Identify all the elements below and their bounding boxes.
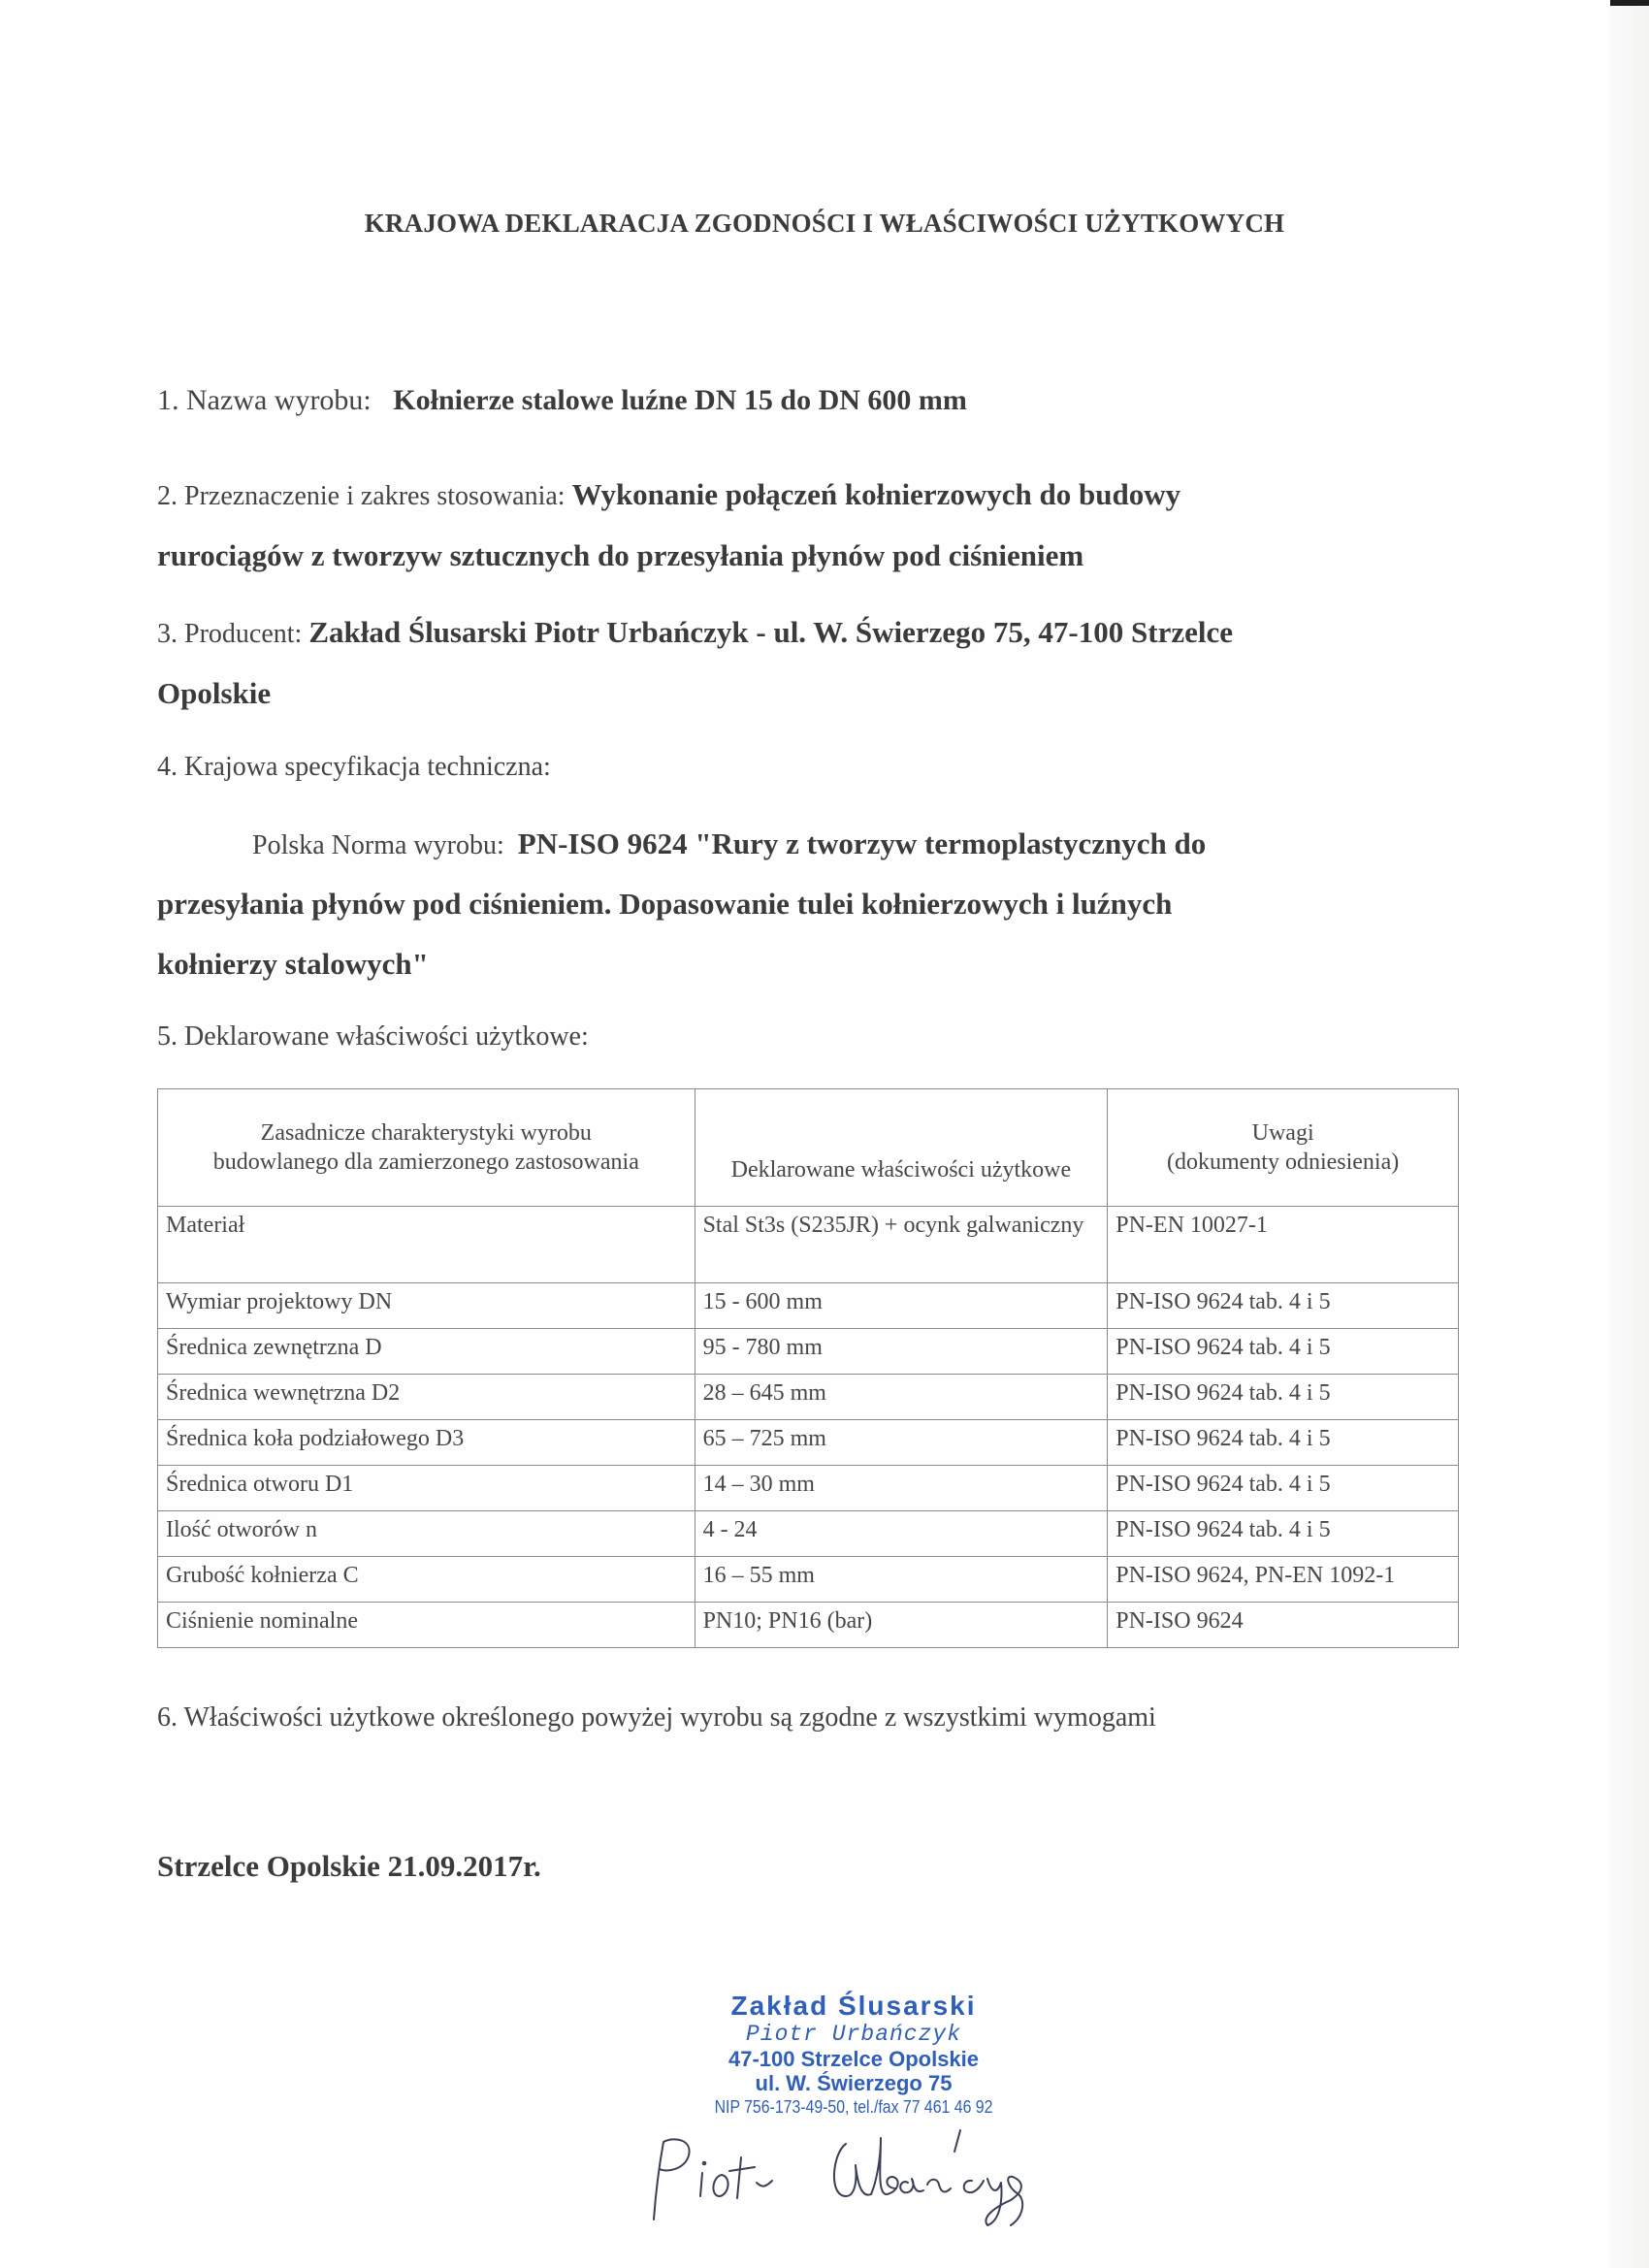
cell-reference: PN-EN 10027-1 — [1108, 1207, 1459, 1283]
cell-reference: PN-ISO 9624 tab. 4 i 5 — [1108, 1511, 1459, 1557]
cell-reference: PN-ISO 9624 tab. 4 i 5 — [1108, 1375, 1459, 1420]
table-body: MateriałStal St3s (S235JR) + ocynk galwa… — [158, 1207, 1459, 1648]
scan-corner — [1610, 0, 1649, 6]
header-remarks: Uwagi (dokumenty odniesienia) — [1108, 1089, 1459, 1207]
header-characteristics-line2: budowlanego dla zamierzonego zastosowani… — [166, 1148, 687, 1177]
header-remarks-line2: (dokumenty odniesienia) — [1115, 1148, 1450, 1177]
stamp-line1: Zakład Ślusarski — [543, 1991, 1164, 2022]
handwritten-signature — [621, 2124, 1125, 2231]
cell-characteristic: Średnica zewnętrzna D — [158, 1329, 695, 1375]
norm-line3: kołnierzy stalowych" — [157, 947, 429, 982]
cell-reference: PN-ISO 9624 tab. 4 i 5 — [1108, 1329, 1459, 1375]
norm-line1: PN-ISO 9624 "Rury z tworzyw termoplastyc… — [518, 826, 1206, 860]
cell-characteristic: Ciśnienie nominalne — [158, 1603, 695, 1648]
table-row: Wymiar projektowy DN15 - 600 mmPN-ISO 96… — [158, 1283, 1459, 1329]
section-6-text: 6. Właściwości użytkowe określonego powy… — [157, 1702, 1156, 1733]
cell-reference: PN-ISO 9624 tab. 4 i 5 — [1108, 1466, 1459, 1511]
section-3: 3. Producent: Zakład Ślusarski Piotr Urb… — [157, 615, 1233, 650]
product-name: Kołnierze stalowe luźne DN 15 do DN 600 … — [393, 384, 967, 416]
cell-performance: 28 – 645 mm — [695, 1375, 1108, 1420]
stamp-line3: 47-100 Strzelce Opolskie — [543, 2047, 1164, 2071]
header-characteristics: Zasadnicze charakterystyki wyrobu budowl… — [158, 1089, 695, 1207]
table-row: Średnica koła podziałowego D365 – 725 mm… — [158, 1420, 1459, 1466]
cell-characteristic: Średnica wewnętrzna D2 — [158, 1375, 695, 1420]
intended-use-line2: rurociągów z tworzyw sztucznych do przes… — [157, 538, 1083, 573]
table-row: MateriałStal St3s (S235JR) + ocynk galwa… — [158, 1207, 1459, 1283]
section-3-label: 3. Producent: — [157, 619, 302, 649]
header-performance: Deklarowane właściwości użytkowe — [695, 1089, 1108, 1207]
norm-label: Polska Norma wyrobu: — [252, 830, 504, 860]
properties-table: Zasadnicze charakterystyki wyrobu budowl… — [157, 1088, 1459, 1648]
cell-performance: 16 – 55 mm — [695, 1557, 1108, 1603]
cell-performance: 4 - 24 — [695, 1511, 1108, 1557]
cell-characteristic: Grubość kołnierza C — [158, 1557, 695, 1603]
section-2: 2. Przeznaczenie i zakres stosowania: Wy… — [157, 477, 1180, 512]
stamp-line4: ul. W. Świerzego 75 — [543, 2071, 1164, 2095]
table-header-row: Zasadnicze charakterystyki wyrobu budowl… — [158, 1089, 1459, 1207]
cell-characteristic: Wymiar projektowy DN — [158, 1283, 695, 1329]
section-1-label: 1. Nazwa wyrobu: — [157, 384, 372, 416]
norm-line2: przesyłania płynów pod ciśnieniem. Dopas… — [157, 887, 1172, 922]
header-remarks-line1: Uwagi — [1115, 1118, 1450, 1148]
cell-performance: 95 - 780 mm — [695, 1329, 1108, 1375]
norm: Polska Norma wyrobu: PN-ISO 9624 "Rury z… — [252, 826, 1206, 861]
table-row: Grubość kołnierza C16 – 55 mmPN-ISO 9624… — [158, 1557, 1459, 1603]
cell-characteristic: Średnica koła podziałowego D3 — [158, 1420, 695, 1466]
place-date: Strzelce Opolskie 21.09.2017r. — [157, 1849, 541, 1884]
table-row: Średnica zewnętrzna D95 - 780 mmPN-ISO 9… — [158, 1329, 1459, 1375]
stamp-line5: NIP 756-173-49-50, tel./fax 77 461 46 92 — [580, 2095, 1126, 2119]
cell-performance: PN10; PN16 (bar) — [695, 1603, 1108, 1648]
cell-characteristic: Ilość otworów n — [158, 1511, 695, 1557]
producent-line2: Opolskie — [157, 676, 271, 711]
section-4-label: 4. Krajowa specyfikacja techniczna: — [157, 752, 551, 783]
table-row: Średnica wewnętrzna D228 – 645 mmPN-ISO … — [158, 1375, 1459, 1420]
intended-use-line1: Wykonanie połączeń kołnierzowych do budo… — [572, 477, 1181, 511]
cell-performance: 14 – 30 mm — [695, 1466, 1108, 1511]
cell-reference: PN-ISO 9624 tab. 4 i 5 — [1108, 1283, 1459, 1329]
cell-reference: PN-ISO 9624 — [1108, 1603, 1459, 1648]
cell-characteristic: Materiał — [158, 1207, 695, 1283]
cell-reference: PN-ISO 9624 tab. 4 i 5 — [1108, 1420, 1459, 1466]
header-characteristics-line1: Zasadnicze charakterystyki wyrobu — [166, 1118, 687, 1148]
section-2-label: 2. Przeznaczenie i zakres stosowania: — [157, 481, 566, 511]
cell-reference: PN-ISO 9624, PN-EN 1092-1 — [1108, 1557, 1459, 1603]
table-row: Średnica otworu D114 – 30 mmPN-ISO 9624 … — [158, 1466, 1459, 1511]
cell-performance: Stal St3s (S235JR) + ocynk galwaniczny — [695, 1207, 1108, 1283]
section-5-label: 5. Deklarowane właściwości użytkowe: — [157, 1021, 589, 1053]
company-stamp: Zakład Ślusarski Piotr Urbańczyk 47-100 … — [543, 1991, 1164, 2119]
cell-characteristic: Średnica otworu D1 — [158, 1466, 695, 1511]
table-row: Ilość otworów n4 - 24PN-ISO 9624 tab. 4 … — [158, 1511, 1459, 1557]
stamp-line2: Piotr Urbańczyk — [543, 2022, 1164, 2047]
document-title: KRAJOWA DEKLARACJA ZGODNOŚCI I WŁAŚCIWOŚ… — [0, 209, 1649, 239]
scan-edge — [1610, 0, 1649, 2268]
cell-performance: 65 – 725 mm — [695, 1420, 1108, 1466]
section-1: 1. Nazwa wyrobu: Kołnierze stalowe luźne… — [157, 384, 967, 417]
table-row: Ciśnienie nominalnePN10; PN16 (bar)PN-IS… — [158, 1603, 1459, 1648]
producent-line1: Zakład Ślusarski Piotr Urbańczyk - ul. W… — [308, 615, 1233, 649]
cell-performance: 15 - 600 mm — [695, 1283, 1108, 1329]
